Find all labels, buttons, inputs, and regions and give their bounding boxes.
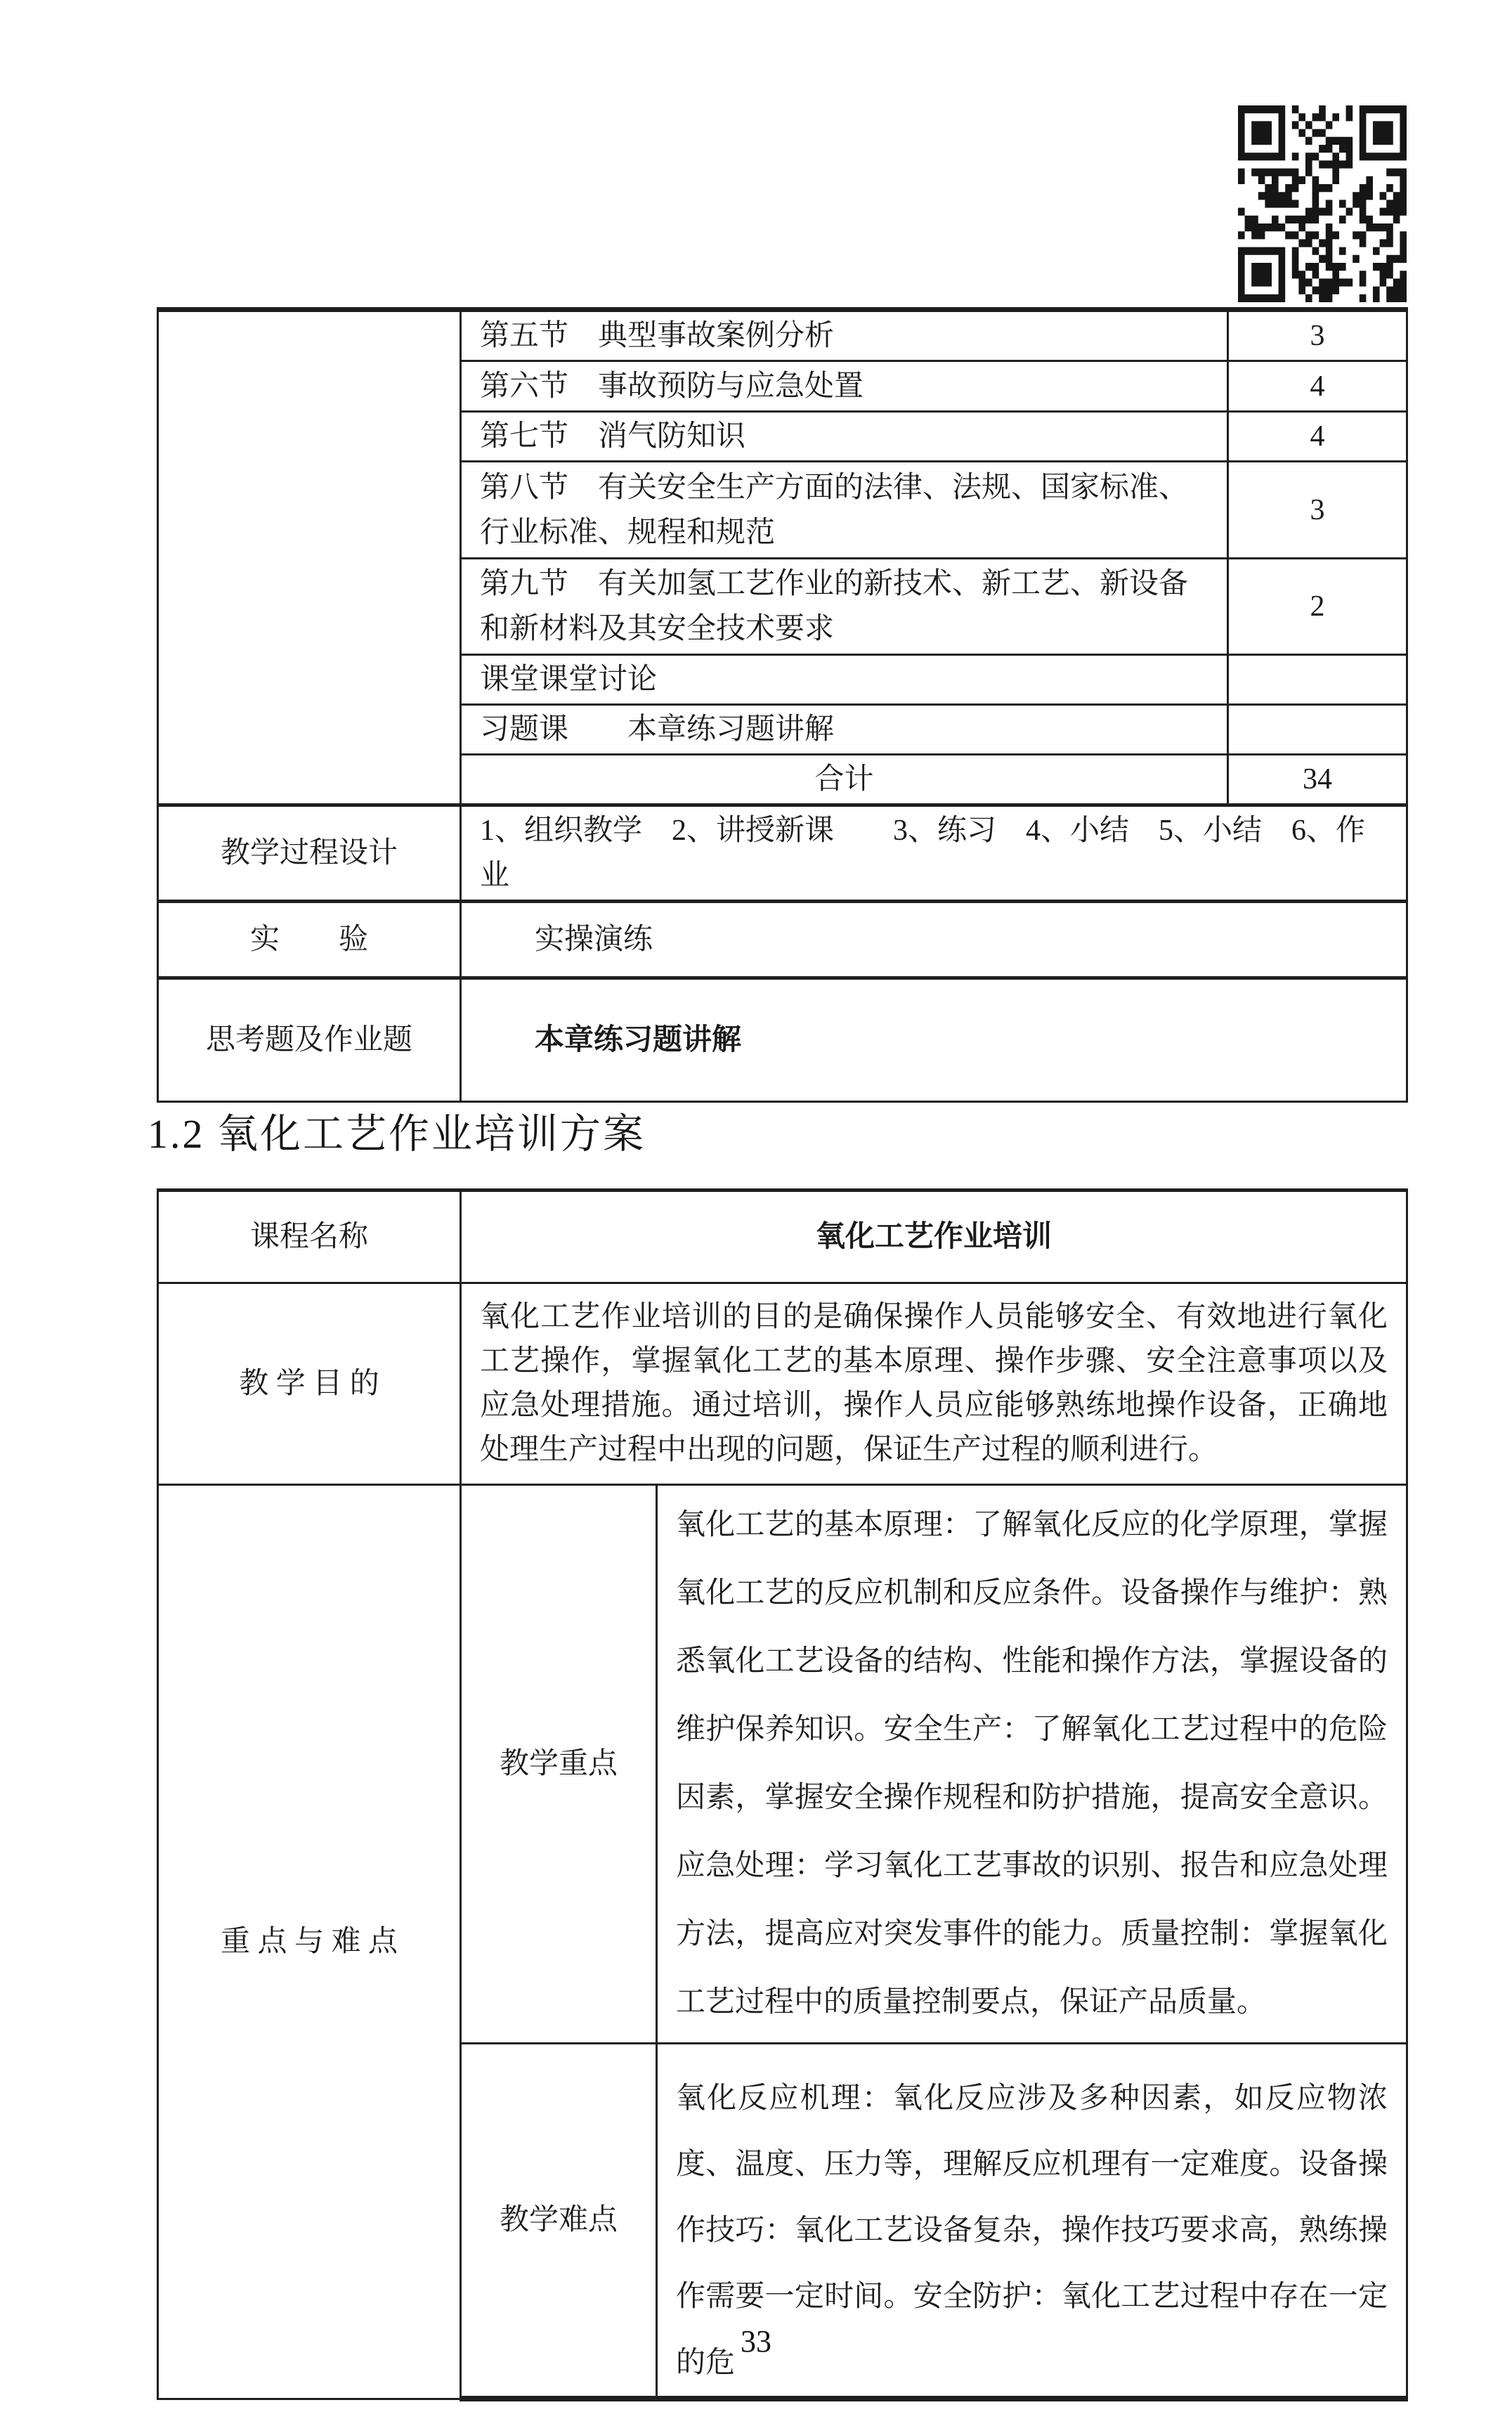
total-label: 合计 bbox=[461, 755, 1228, 805]
total-hours: 34 bbox=[1228, 755, 1407, 805]
focus-row: 重 点 与 难 点 教学重点 氧化工艺的基本原理：了解氧化反应的化学原理，掌握氧… bbox=[158, 1485, 1407, 2044]
qr-code-icon bbox=[1238, 105, 1407, 302]
homework-value: 本章练习题讲解 bbox=[461, 978, 1407, 1102]
course-value: 氧化工艺作业培训 bbox=[461, 1191, 1407, 1283]
section-title: 1.2 氧化工艺作业培训方案 bbox=[148, 1101, 646, 1160]
page-number: 33 bbox=[0, 2323, 1512, 2359]
objective-row: 教 学 目 的 氧化工艺作业培训的目的是确保操作人员能够安全、有效地进行氧化工艺… bbox=[158, 1283, 1407, 1485]
homework-row: 思考题及作业题 本章练习题讲解 bbox=[158, 978, 1407, 1102]
keypoints-label: 重 点 与 难 点 bbox=[158, 1485, 461, 2399]
empty-spanner-cell bbox=[158, 310, 461, 805]
focus-label: 教学重点 bbox=[461, 1485, 657, 2044]
section-cell: 习题课 本章练习题讲解 bbox=[461, 705, 1228, 755]
hours-cell: 4 bbox=[1228, 412, 1407, 462]
section-cell: 课堂课堂讨论 bbox=[461, 655, 1228, 705]
focus-text: 氧化工艺的基本原理：了解氧化反应的化学原理，掌握氧化工艺的反应机制和反应条件。设… bbox=[657, 1485, 1407, 2044]
experiment-row: 实 验 实操演练 bbox=[158, 902, 1407, 978]
section-cell: 第五节 典型事故案例分析 bbox=[461, 310, 1228, 361]
homework-label: 思考题及作业题 bbox=[158, 978, 461, 1102]
hours-cell bbox=[1228, 705, 1407, 755]
hours-cell: 3 bbox=[1228, 462, 1407, 559]
experiment-value: 实操演练 bbox=[461, 902, 1407, 978]
oxidation-plan-table: 课程名称 氧化工艺作业培训 教 学 目 的 氧化工艺作业培训的目的是确保操作人员… bbox=[157, 1188, 1408, 2401]
table-row: 第五节 典型事故案例分析 3 bbox=[158, 310, 1407, 361]
section-cell: 第九节 有关加氢工艺作业的新技术、新工艺、新设备和新材料及其安全技术要求 bbox=[461, 559, 1228, 655]
experiment-label: 实 验 bbox=[158, 902, 461, 978]
hours-cell: 2 bbox=[1228, 559, 1407, 655]
process-label: 教学过程设计 bbox=[158, 805, 461, 902]
objective-text: 氧化工艺作业培训的目的是确保操作人员能够安全、有效地进行氧化工艺操作，掌握氧化工… bbox=[461, 1283, 1407, 1485]
objective-label: 教 学 目 的 bbox=[158, 1283, 461, 1485]
section-cell: 第六节 事故预防与应急处置 bbox=[461, 361, 1228, 412]
section-cell: 第八节 有关安全生产方面的法律、法规、国家标准、行业标准、规程和规范 bbox=[461, 462, 1228, 559]
section-cell: 第七节 消气防知识 bbox=[461, 412, 1228, 462]
document-page: 第五节 典型事故案例分析 3 第六节 事故预防与应急处置 4 第七节 消气防知识… bbox=[0, 0, 1512, 2419]
course-row: 课程名称 氧化工艺作业培训 bbox=[158, 1191, 1407, 1283]
hours-cell: 3 bbox=[1228, 310, 1407, 361]
process-row: 教学过程设计 1、组织教学 2、讲授新课 3、练习 4、小结 5、小结 6、作业 bbox=[158, 805, 1407, 902]
process-value: 1、组织教学 2、讲授新课 3、练习 4、小结 5、小结 6、作业 bbox=[461, 805, 1407, 902]
course-label: 课程名称 bbox=[158, 1191, 461, 1283]
hours-cell bbox=[1228, 655, 1407, 705]
hours-cell: 4 bbox=[1228, 361, 1407, 412]
training-plan-table: 第五节 典型事故案例分析 3 第六节 事故预防与应急处置 4 第七节 消气防知识… bbox=[157, 307, 1408, 1103]
